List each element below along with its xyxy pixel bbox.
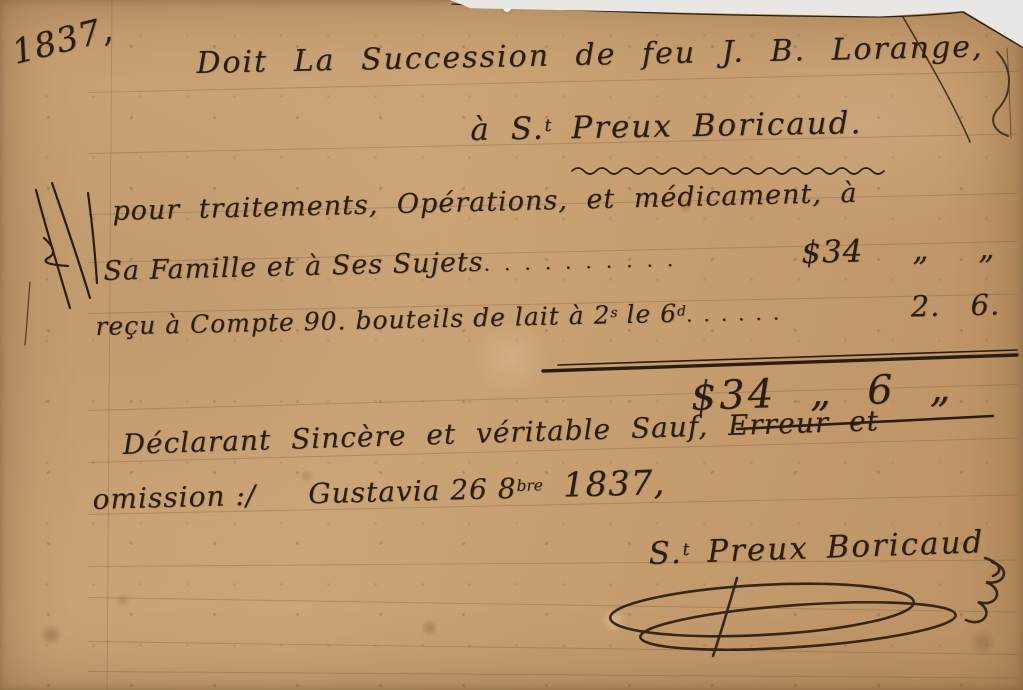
- leader-dots: ......: [686, 300, 791, 326]
- addressee-name: Preux Boricaud.: [551, 105, 862, 146]
- signature-prefix: S.: [648, 535, 683, 572]
- charge-amount: $34 „ „: [801, 230, 996, 271]
- addressee-line: à S.t Preux Boricaud.: [470, 105, 863, 148]
- charge-description-line2: Sa Famille et à Ses Sujets .......... $3…: [103, 230, 996, 288]
- signature: S.t Preux Boricaud: [648, 524, 985, 572]
- omission-text: omission :/: [92, 479, 257, 516]
- ruled-line: [88, 597, 1018, 613]
- declaration-line2: omission :/Gustavia 26 8bre1837,: [92, 463, 666, 518]
- date-year: 1837,: [562, 463, 665, 506]
- charge-description-line1: pour traitements, Opérations, et médicam…: [112, 178, 858, 227]
- ruled-line: [88, 671, 1018, 678]
- declaration-line1: Déclarant Sincère et véritable Sauf, Err…: [122, 404, 879, 461]
- scan-background: 1837, Doit La Succession de feu J. B. Lo…: [0, 0, 1023, 690]
- received-text: reçu à Compte 90. bouteils de lait à 2s …: [95, 299, 686, 341]
- document-paper: 1837, Doit La Succession de feu J. B. Lo…: [0, 0, 1023, 690]
- paper-edge-line: [452, 4, 962, 17]
- ruled-line: [88, 641, 1018, 655]
- month-superscript: bre: [516, 476, 543, 495]
- addressee-wavy-underline: [572, 168, 884, 174]
- leader-dots: ..........: [483, 247, 687, 276]
- place-date-text: Gustavia 26 8: [308, 472, 517, 510]
- year-annotation: 1837,: [8, 9, 117, 73]
- received-on-account-line: reçu à Compte 90. bouteils de lait à 2s …: [95, 287, 1001, 342]
- fold-crease: [107, 0, 113, 690]
- signature-name: Preux Boricaud: [689, 524, 985, 570]
- margin-annotation-scribble: [25, 183, 97, 345]
- charge-line2-text: Sa Famille et à Ses Sujets: [103, 247, 484, 287]
- received-text-b: le 6: [617, 299, 677, 329]
- received-amount: 2. 6.: [910, 287, 1000, 323]
- received-text-a: reçu à Compte 90. bouteils de lait à 2: [95, 300, 611, 341]
- punch-hole: [503, 4, 511, 12]
- ink-marks-overlay: [0, 0, 1023, 690]
- received-superscript-d: d: [677, 303, 686, 319]
- paper-stains: [0, 0, 1023, 690]
- addressee-prefix: à S.: [470, 111, 545, 148]
- title-line: Doit La Succession de feu J. B. Lorange,: [196, 30, 984, 81]
